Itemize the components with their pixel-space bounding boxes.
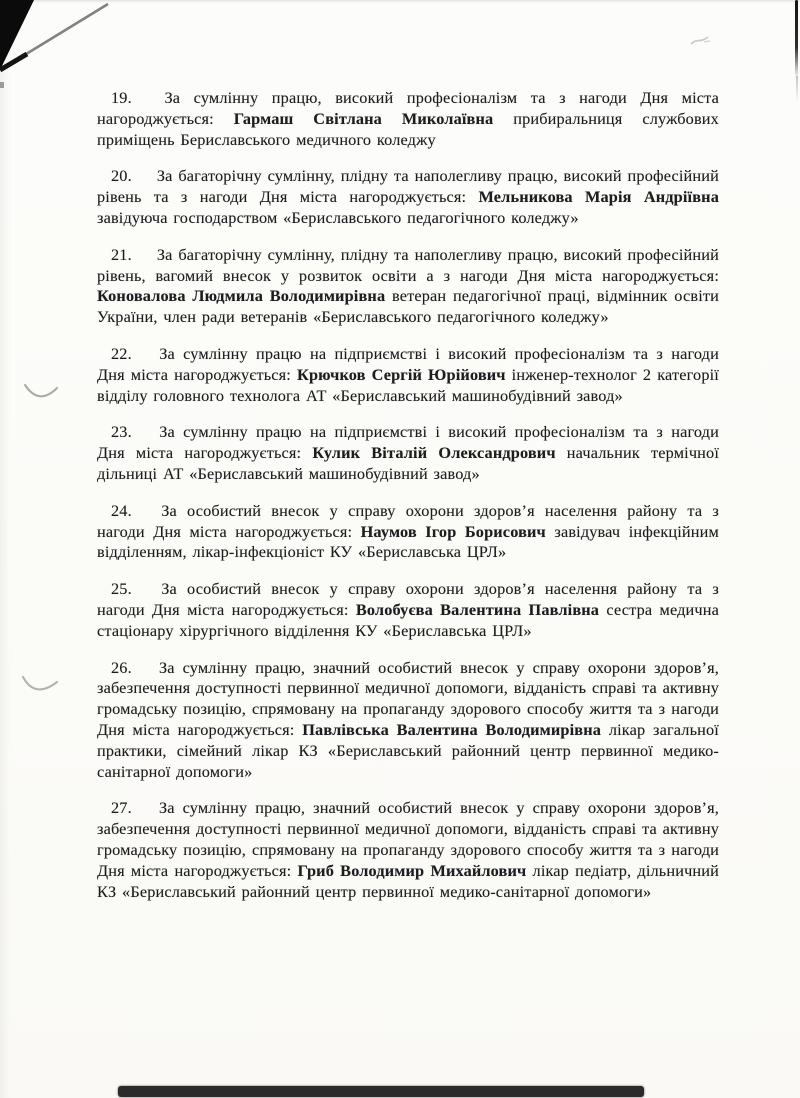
award-paragraph-21: 21. За багаторічну сумлінну, плідну та н… [97,245,719,328]
awardee-name: Кулик Віталій Олександрович [312,443,555,462]
margin-pen-mark [19,671,61,699]
item-number: 20. [111,166,151,187]
item-number: 22. [111,344,151,365]
awardee-name: Гриб Володимир Михайлович [298,861,527,880]
item-number: 26. [111,658,151,679]
item-lead-text: За багаторічну сумлінну, плідну та напол… [97,245,719,285]
awardee-name: Наумов Ігор Борисович [361,522,546,541]
awardee-name: Павлівська Валентина Володимирівна [302,720,601,739]
scanned-document-page: { "page": { "background": "#fbfbf8", "te… [0,0,800,1098]
scan-edge-line [795,0,798,78]
awardee-name: Коновалова Людмила Володимирівна [97,286,385,305]
item-number: 19. [111,88,151,109]
award-paragraph-25: 25. За особистий внесок у справу охорони… [97,579,719,641]
award-paragraph-27: 27. За сумлінну працю, значний особистий… [97,798,719,902]
page-corner-fold-artifact [0,0,120,96]
item-number: 21. [111,245,151,266]
scan-edge-line-fade [796,76,798,102]
award-paragraph-23: 23. За сумлінну працю на підприємстві і … [97,422,719,484]
item-number: 27. [111,798,151,819]
awardee-name: Мельникова Марія Андріївна [478,187,719,206]
item-number: 25. [111,579,151,600]
award-paragraph-19: 19. За сумлінну працю, високий професіон… [97,88,719,150]
item-number: 24. [111,501,151,522]
item-number: 23. [111,422,151,443]
award-paragraph-20: 20. За багаторічну сумлінну, плідну та н… [97,166,719,228]
awardee-name: Волобуєва Валентина Павлівна [356,600,599,619]
awardee-name: Гармаш Світлана Миколаївна [234,109,494,128]
scan-bottom-bar-artifact [118,1086,644,1097]
document-text-block: 19. За сумлінну працю, високий професіон… [97,88,719,918]
item-tail-text: завідуюча господарством «Бериславського … [97,208,579,227]
awardee-name: Крючков Сергій Юрійович [297,365,506,384]
award-paragraph-22: 22. За сумлінну працю на підприємстві і … [97,344,719,406]
margin-pen-mark [22,381,60,405]
scan-smudge-mark [688,32,718,50]
award-paragraph-24: 24. За особистий внесок у справу охорони… [97,501,719,563]
award-paragraph-26: 26. За сумлінну працю, значний особистий… [97,658,719,783]
